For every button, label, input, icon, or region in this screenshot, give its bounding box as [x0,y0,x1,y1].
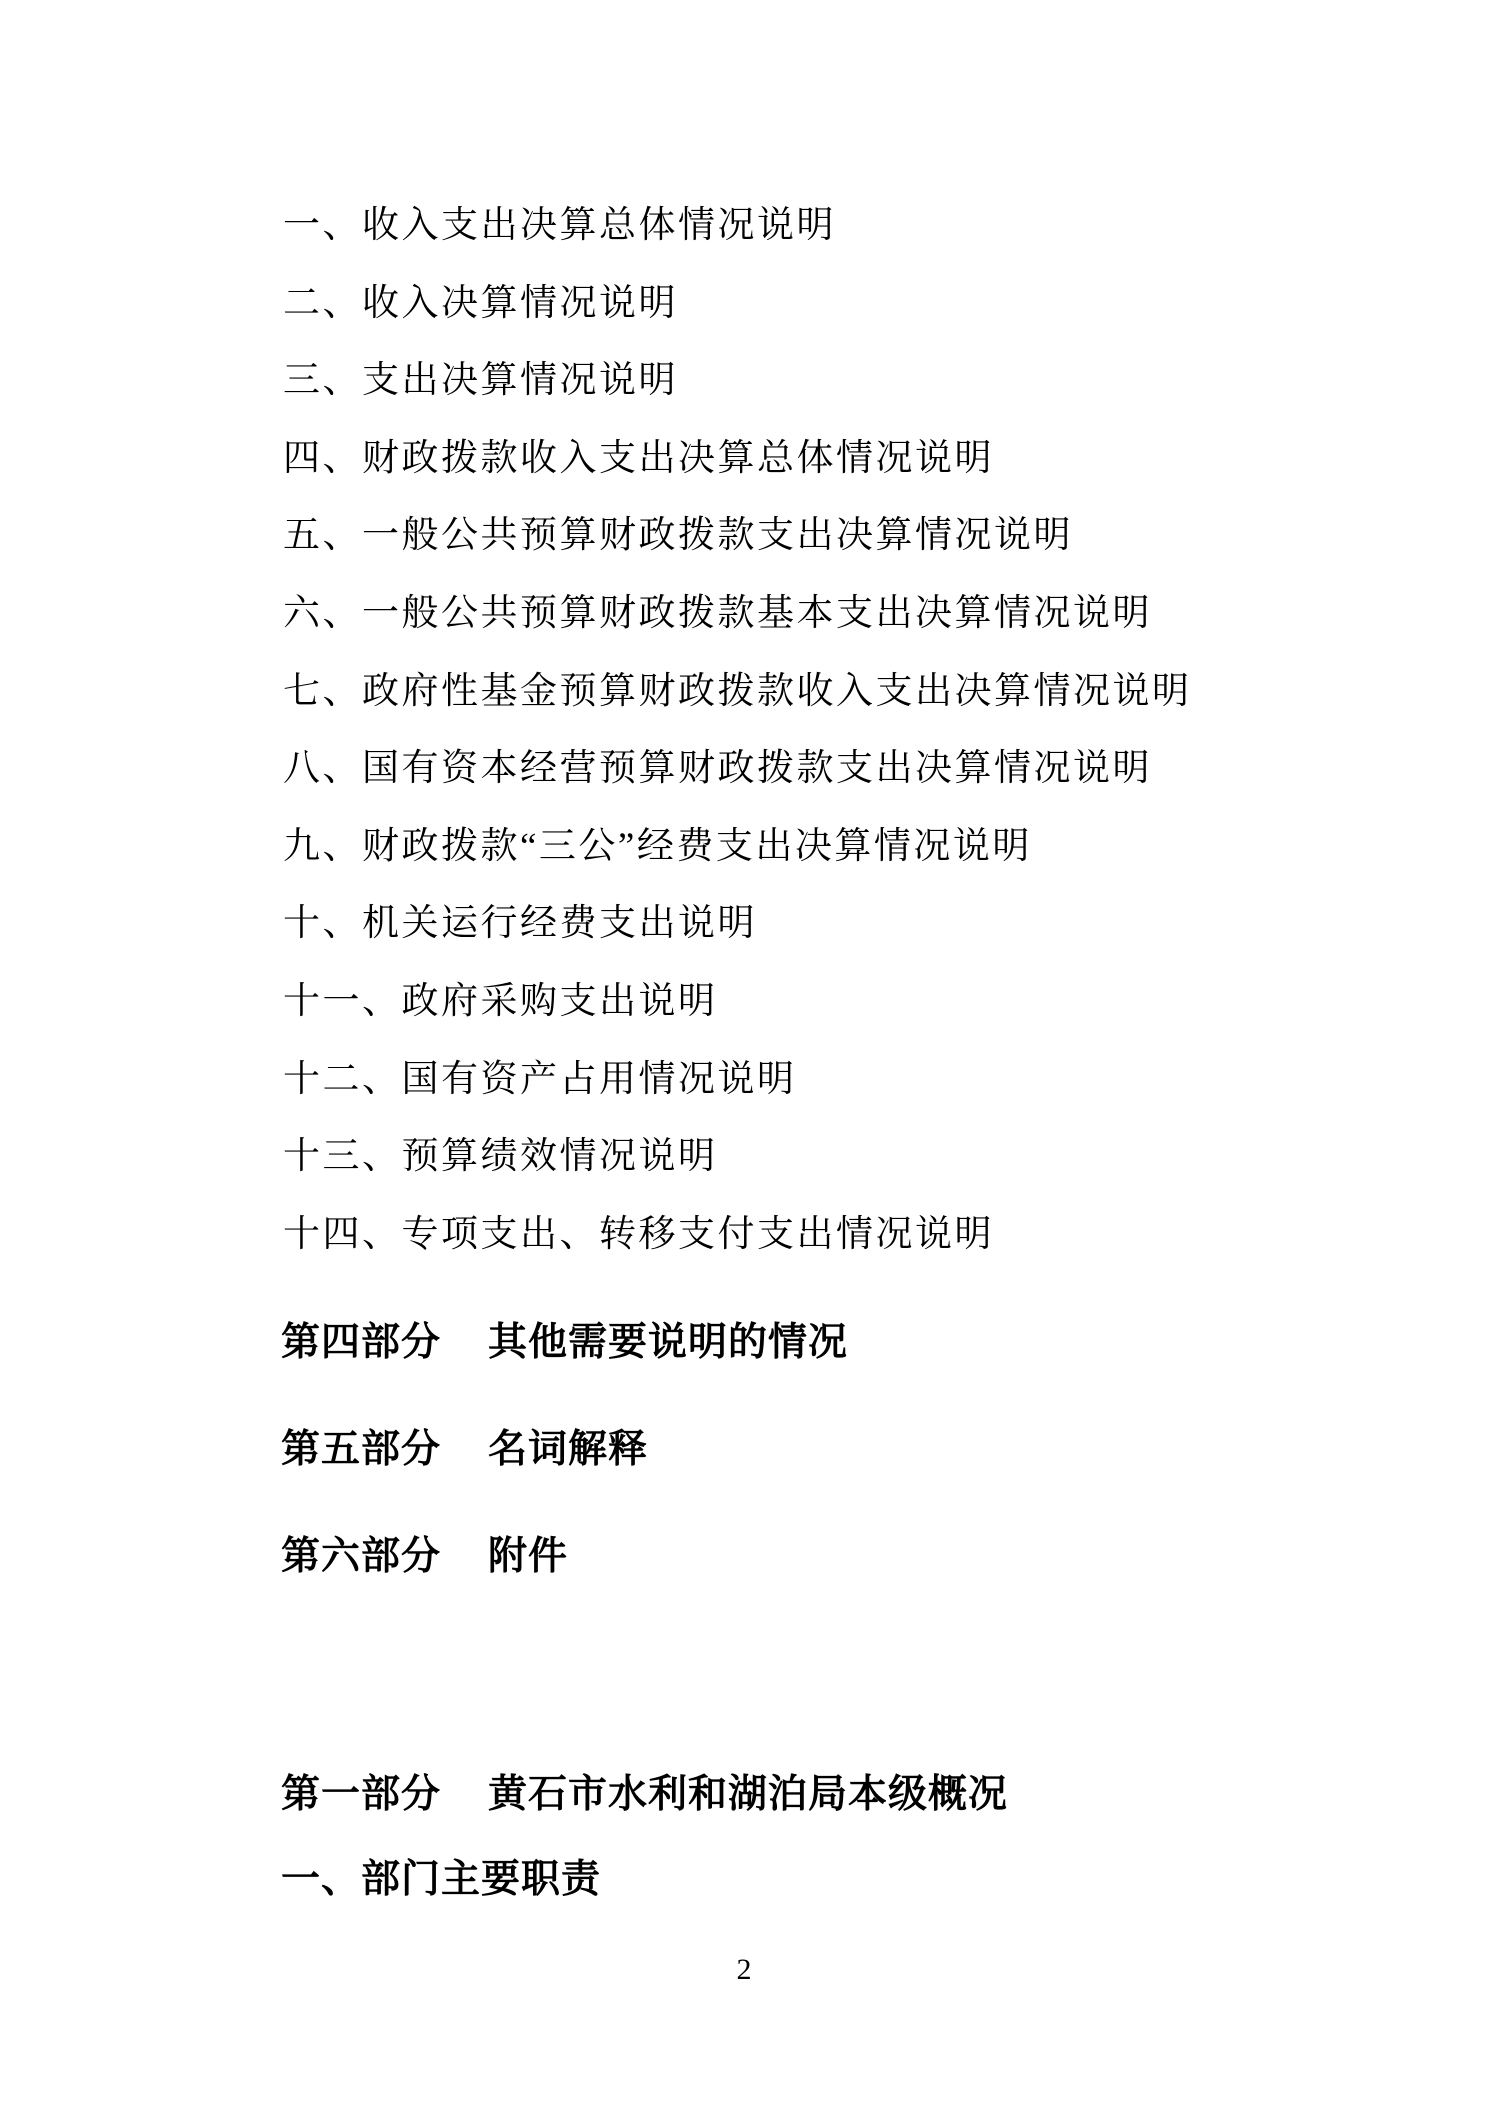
section-heading-part1: 第一部分黄石市水利和湖泊局本级概况 [281,1770,1008,1820]
section-prefix: 第五部分 [281,1428,441,1471]
section-title: 附件 [488,1532,568,1582]
section-prefix: 第六部分 [281,1535,441,1578]
section-heading-part4: 第四部分其他需要说明的情况 [281,1318,848,1368]
toc-item: 九、财政拨款“三公”经费支出决算情况说明 [283,808,1333,886]
toc-item: 二、收入决算情况说明 [283,265,1333,343]
toc-item: 五、一般公共预算财政拨款支出决算情况说明 [283,497,1333,575]
toc-item: 一、收入支出决算总体情况说明 [283,187,1333,265]
toc-item: 十四、专项支出、转移支付支出情况说明 [283,1196,1333,1274]
toc-item: 十二、国有资产占用情况说明 [283,1041,1333,1119]
section-heading-part5: 第五部分名词解释 [281,1425,648,1475]
section-prefix: 第四部分 [281,1321,441,1364]
toc-item: 七、政府性基金预算财政拨款收入支出决算情况说明 [283,653,1333,731]
toc-item: 三、支出决算情况说明 [283,342,1333,420]
toc-item: 十三、预算绩效情况说明 [283,1118,1333,1196]
section-prefix: 第一部分 [281,1773,441,1816]
toc-item: 十、机关运行经费支出说明 [283,885,1333,963]
toc-list: 一、收入支出决算总体情况说明 二、收入决算情况说明 三、支出决算情况说明 四、财… [283,187,1333,1273]
toc-item: 六、一般公共预算财政拨款基本支出决算情况说明 [283,575,1333,653]
section-title: 名词解释 [488,1425,648,1475]
document-page: 一、收入支出决算总体情况说明 二、收入决算情况说明 三、支出决算情况说明 四、财… [0,0,1488,2104]
section-heading-part6: 第六部分附件 [281,1532,568,1582]
section-title: 其他需要说明的情况 [488,1318,848,1368]
toc-item: 八、国有资本经营预算财政拨款支出决算情况说明 [283,730,1333,808]
toc-item: 十一、政府采购支出说明 [283,963,1333,1041]
section-title: 黄石市水利和湖泊局本级概况 [488,1770,1008,1820]
sub-heading-duties: 一、部门主要职责 [281,1855,601,1905]
page-number: 2 [0,1952,1488,1988]
toc-item: 四、财政拨款收入支出决算总体情况说明 [283,420,1333,498]
